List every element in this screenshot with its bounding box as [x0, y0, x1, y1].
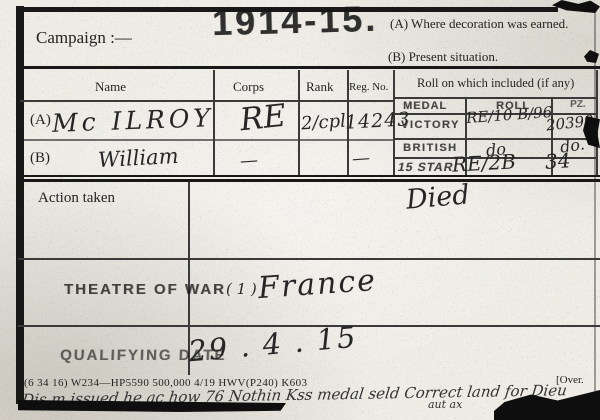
action-taken-value: Died	[405, 179, 471, 215]
action-taken-label: Action taken	[38, 190, 115, 207]
ink-blot-right-small	[584, 50, 599, 63]
bottom-handwritten-note-2: aut ax	[428, 398, 462, 411]
campaign-box-bottom-rule	[20, 66, 600, 69]
theatre-of-war-stamp: THEATRE OF WAR	[64, 281, 226, 298]
star-roll-value: RE/2B	[451, 149, 516, 176]
col-header-rank: Rank	[306, 79, 333, 95]
col-header-reg-no: Reg. No.	[349, 81, 388, 93]
note-a: (A) Where decoration was earned.	[390, 16, 568, 32]
corps-b-dash: —	[239, 149, 264, 172]
forename-value: William	[97, 144, 179, 172]
year-stamp: 1914-15.	[211, 0, 378, 44]
table-bottom-rule-2	[18, 179, 600, 182]
col-header-name: Name	[95, 79, 126, 95]
star-page-value: 34	[544, 148, 571, 174]
header-underline	[20, 100, 394, 102]
victory-roll-value: RE/10 B/96	[465, 103, 552, 127]
col-header-corps: Corps	[233, 79, 264, 95]
theatre-number: ( 1 )	[226, 280, 257, 298]
table-divider-corps-rank	[298, 70, 300, 176]
medal-row-british-label: BRITISH	[403, 142, 458, 154]
reg-no-b-dash: —	[351, 147, 370, 169]
reg-no-value: 14243	[344, 108, 411, 133]
corps-value: RE	[238, 98, 287, 139]
campaign-label: Campaign :—	[36, 28, 132, 48]
page-col-header: PZ.	[570, 99, 586, 110]
row-b-label: (B)	[30, 150, 50, 167]
surname-value: Mc ILROY	[52, 103, 215, 138]
table-bottom-rule-1	[18, 175, 600, 177]
col-header-roll: Roll on which included (if any)	[417, 76, 574, 91]
row-a-underline	[24, 139, 393, 141]
rank-value: 2/cpl	[300, 110, 346, 134]
ink-blot-right-edge	[583, 116, 600, 148]
medal-box-top	[393, 97, 598, 99]
section-rule-1	[18, 258, 600, 260]
ink-blot-top-right	[552, 0, 600, 13]
medal-index-card: Campaign :— 1914-15. (A) Where decoratio…	[0, 0, 600, 420]
theatre-value: France	[257, 263, 378, 306]
medal-row-star-label: 15 STAR	[397, 160, 455, 174]
row-a-label: (A)	[30, 112, 51, 129]
note-b: (B) Present situation.	[388, 49, 498, 65]
